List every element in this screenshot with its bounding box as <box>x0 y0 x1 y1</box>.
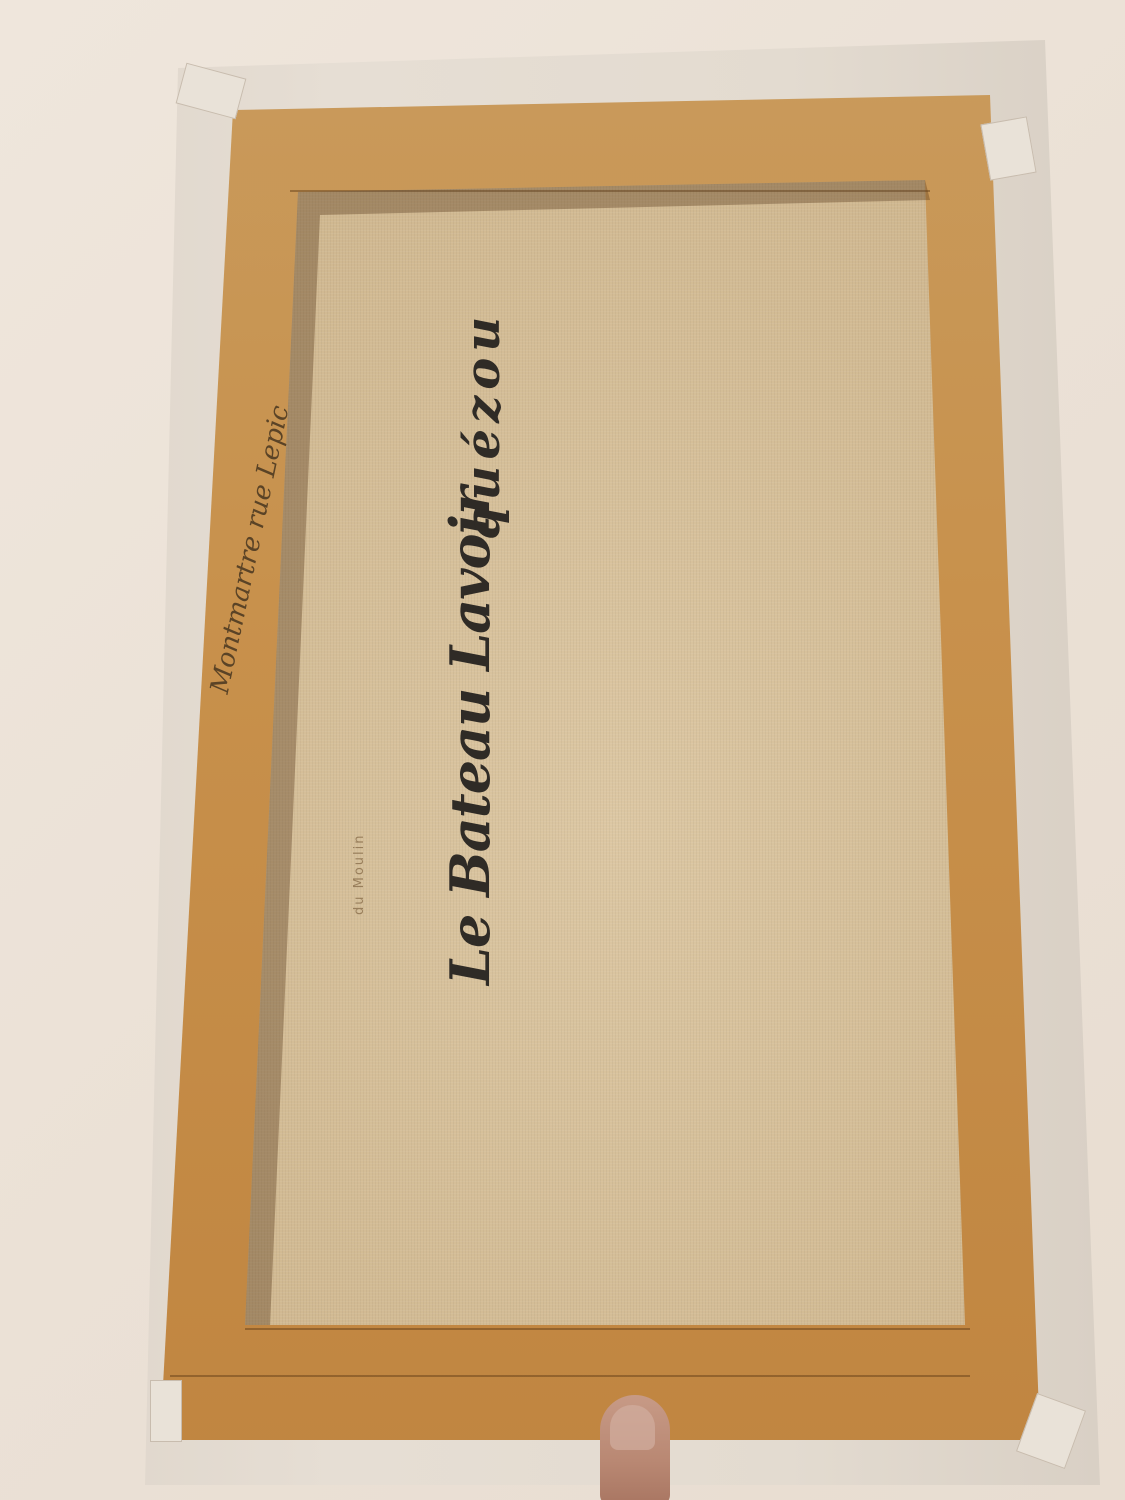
painting-title-inscription: Le Bateau Lavoir <box>438 488 502 985</box>
bottom-bar-edge <box>245 1328 970 1330</box>
thumb-nail <box>610 1405 655 1450</box>
artist-signature: quézou <box>455 311 511 540</box>
canvas-back: Le Bateau Lavoir quézou Montmartre rue L… <box>0 0 1125 1500</box>
pencil-note: du Moulin <box>352 834 367 916</box>
corner-fold-bottom-left <box>150 1380 182 1442</box>
left-joint-line <box>170 1375 970 1377</box>
corner-fold-top-right <box>980 116 1036 180</box>
top-bar-edge <box>290 190 930 192</box>
